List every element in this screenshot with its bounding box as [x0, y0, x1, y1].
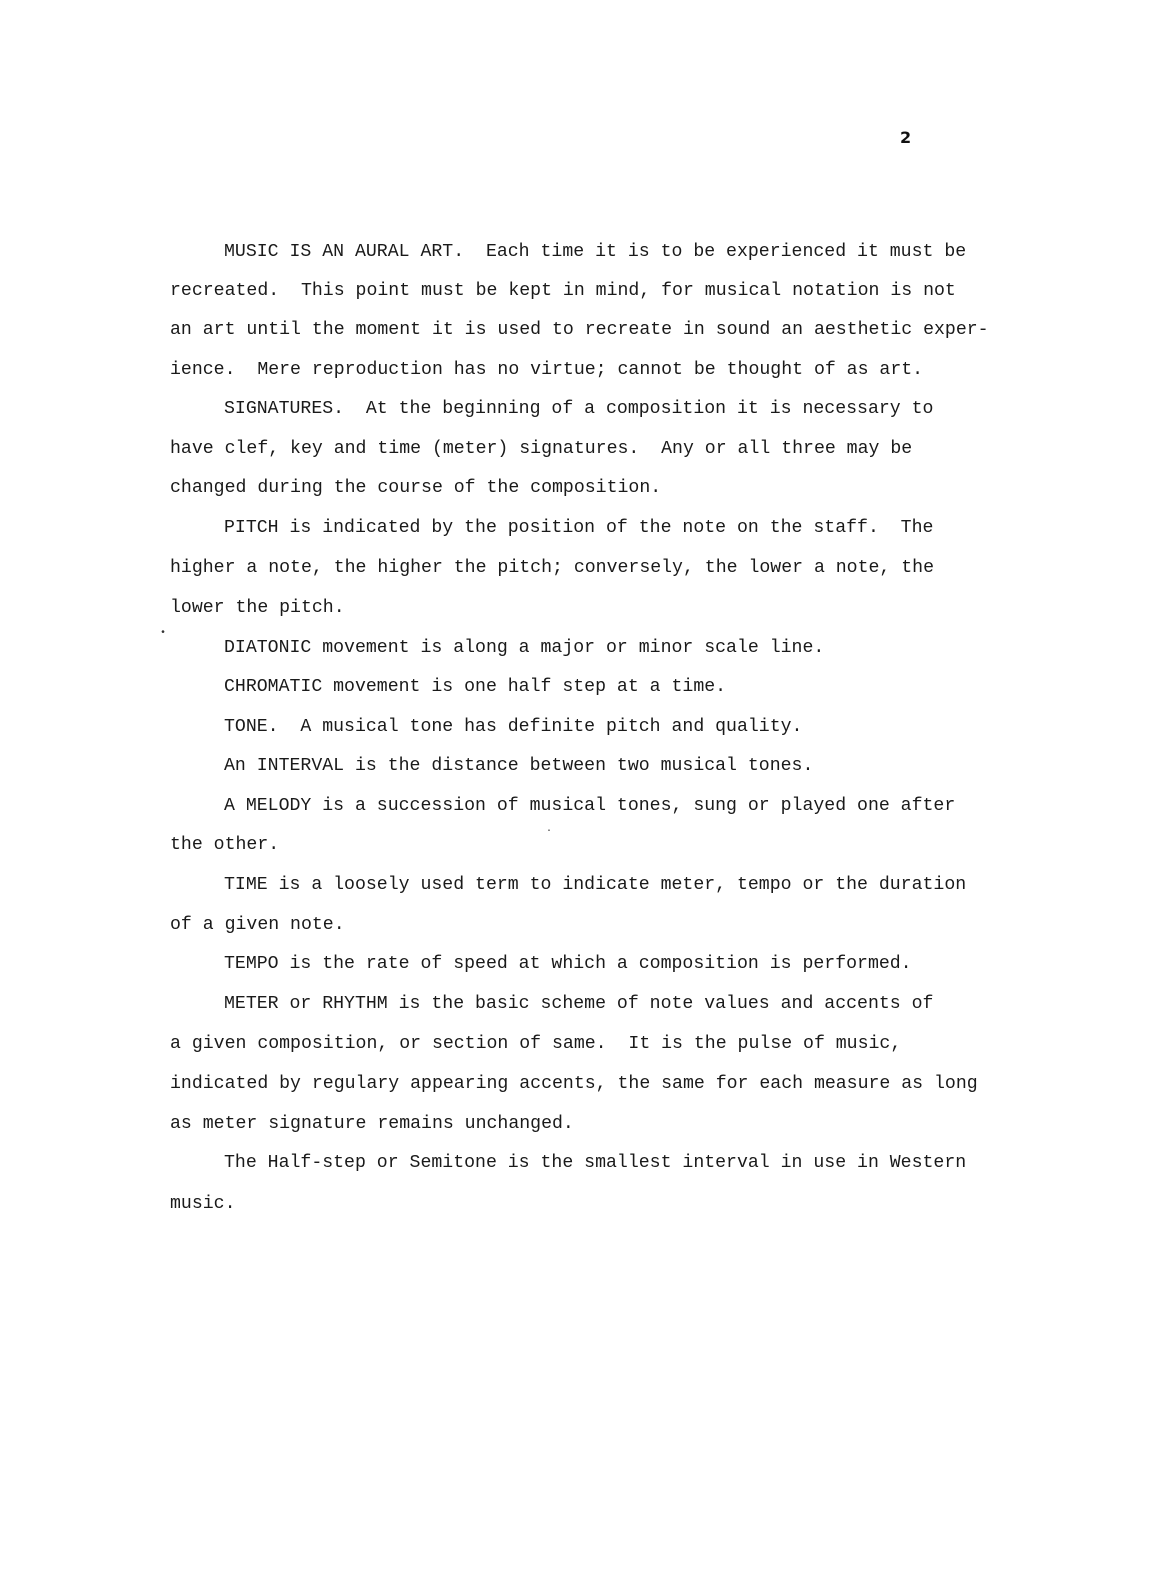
paragraph-line: TONE. A musical tone has definite pitch … [224, 715, 802, 739]
scan-mark: · [546, 826, 552, 837]
paragraph-line: TIME is a loosely used term to indicate … [224, 873, 966, 897]
paragraph-line: The Half-step or Semitone is the smalles… [224, 1151, 966, 1175]
paragraph-line: of a given note. [170, 913, 345, 937]
paragraph-line: as meter signature remains unchanged. [170, 1112, 574, 1136]
paragraph-line: lower the pitch. [170, 596, 345, 620]
paragraph-line: SIGNATURES. At the beginning of a compos… [224, 397, 933, 421]
paragraph-line: higher a note, the higher the pitch; con… [170, 556, 934, 580]
paragraph-line: ience. Mere reproduction has no virtue; … [170, 358, 923, 382]
paragraph-line: An INTERVAL is the distance between two … [224, 754, 813, 778]
paragraph-line: changed during the course of the composi… [170, 476, 661, 500]
paragraph-line: METER or RHYTHM is the basic scheme of n… [224, 992, 933, 1016]
scan-mark: • [160, 628, 166, 639]
paragraph-line: PITCH is indicated by the position of th… [224, 516, 933, 540]
paragraph-line: DIATONIC movement is along a major or mi… [224, 636, 824, 660]
paragraph-line: music. [170, 1192, 236, 1216]
paragraph-line: have clef, key and time (meter) signatur… [170, 437, 912, 461]
paragraph-line: recreated. This point must be kept in mi… [170, 279, 956, 303]
paragraph-line: TEMPO is the rate of speed at which a co… [224, 952, 912, 976]
paragraph-line: a given composition, or section of same.… [170, 1032, 901, 1056]
paragraph-line: MUSIC IS AN AURAL ART. Each time it is t… [224, 240, 966, 264]
paragraph-line: CHROMATIC movement is one half step at a… [224, 675, 726, 699]
page-number: 2 [900, 128, 911, 147]
paragraph-line: A MELODY is a succession of musical tone… [224, 794, 955, 818]
paragraph-line: indicated by regulary appearing accents,… [170, 1072, 978, 1096]
paragraph-line: the other. [170, 833, 279, 857]
paragraph-line: an art until the moment it is used to re… [170, 318, 989, 342]
